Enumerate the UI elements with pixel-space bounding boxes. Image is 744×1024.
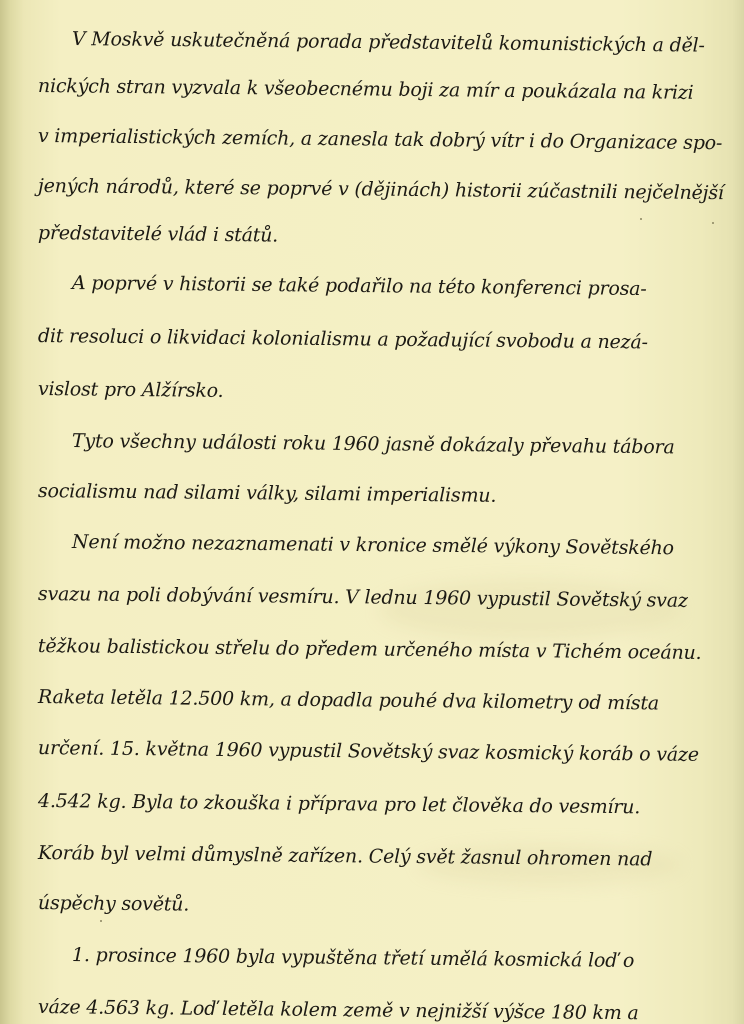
handwritten-line: jených národů, které se poprvé v (dějiná… bbox=[38, 175, 724, 204]
handwritten-line: Raketa letěla 12.500 km, a dopadla pouhé… bbox=[38, 686, 659, 715]
handwritten-line: v imperialistických zemích, a zanesla ta… bbox=[38, 125, 722, 154]
handwritten-line: určení. 15. května 1960 vypustil Sovětsk… bbox=[38, 737, 699, 766]
handwritten-line: A poprvé v historii se také podařilo na … bbox=[72, 272, 647, 300]
handwritten-line: těžkou balistickou střelu do předem urče… bbox=[38, 635, 702, 664]
handwritten-line: váze 4.563 kg. Loď letěla kolem země v n… bbox=[38, 996, 639, 1024]
handwritten-line: představitelé vlád i států. bbox=[38, 222, 278, 247]
handwritten-line: 4.542 kg. Byla to zkouška i příprava pro… bbox=[38, 790, 640, 818]
handwritten-line: dit resoluci o likvidaci kolonialismu a … bbox=[38, 325, 648, 353]
scanned-chronicle-page: V Moskvě uskutečněná porada představitel… bbox=[0, 0, 744, 1024]
handwritten-line: socialismu nad silami války, silami impe… bbox=[38, 480, 496, 507]
paper-speck bbox=[100, 920, 102, 922]
handwritten-line: vislost pro Alžírsko. bbox=[38, 378, 224, 402]
handwritten-line: V Moskvě uskutečněná porada představitel… bbox=[72, 28, 705, 57]
handwritten-line: 1. prosince 1960 byla vypuštěna třetí um… bbox=[72, 944, 634, 972]
handwritten-line: Není možno nezaznamenati v kronice smělé… bbox=[72, 531, 674, 559]
handwritten-line: úspěchy sovětů. bbox=[38, 892, 189, 916]
handwritten-line: nických stran vyzvala k všeobecnému boji… bbox=[38, 75, 694, 104]
paper-speck bbox=[712, 222, 714, 224]
handwritten-line: Tyto všechny události roku 1960 jasně do… bbox=[72, 430, 675, 458]
paper-speck bbox=[640, 218, 642, 220]
